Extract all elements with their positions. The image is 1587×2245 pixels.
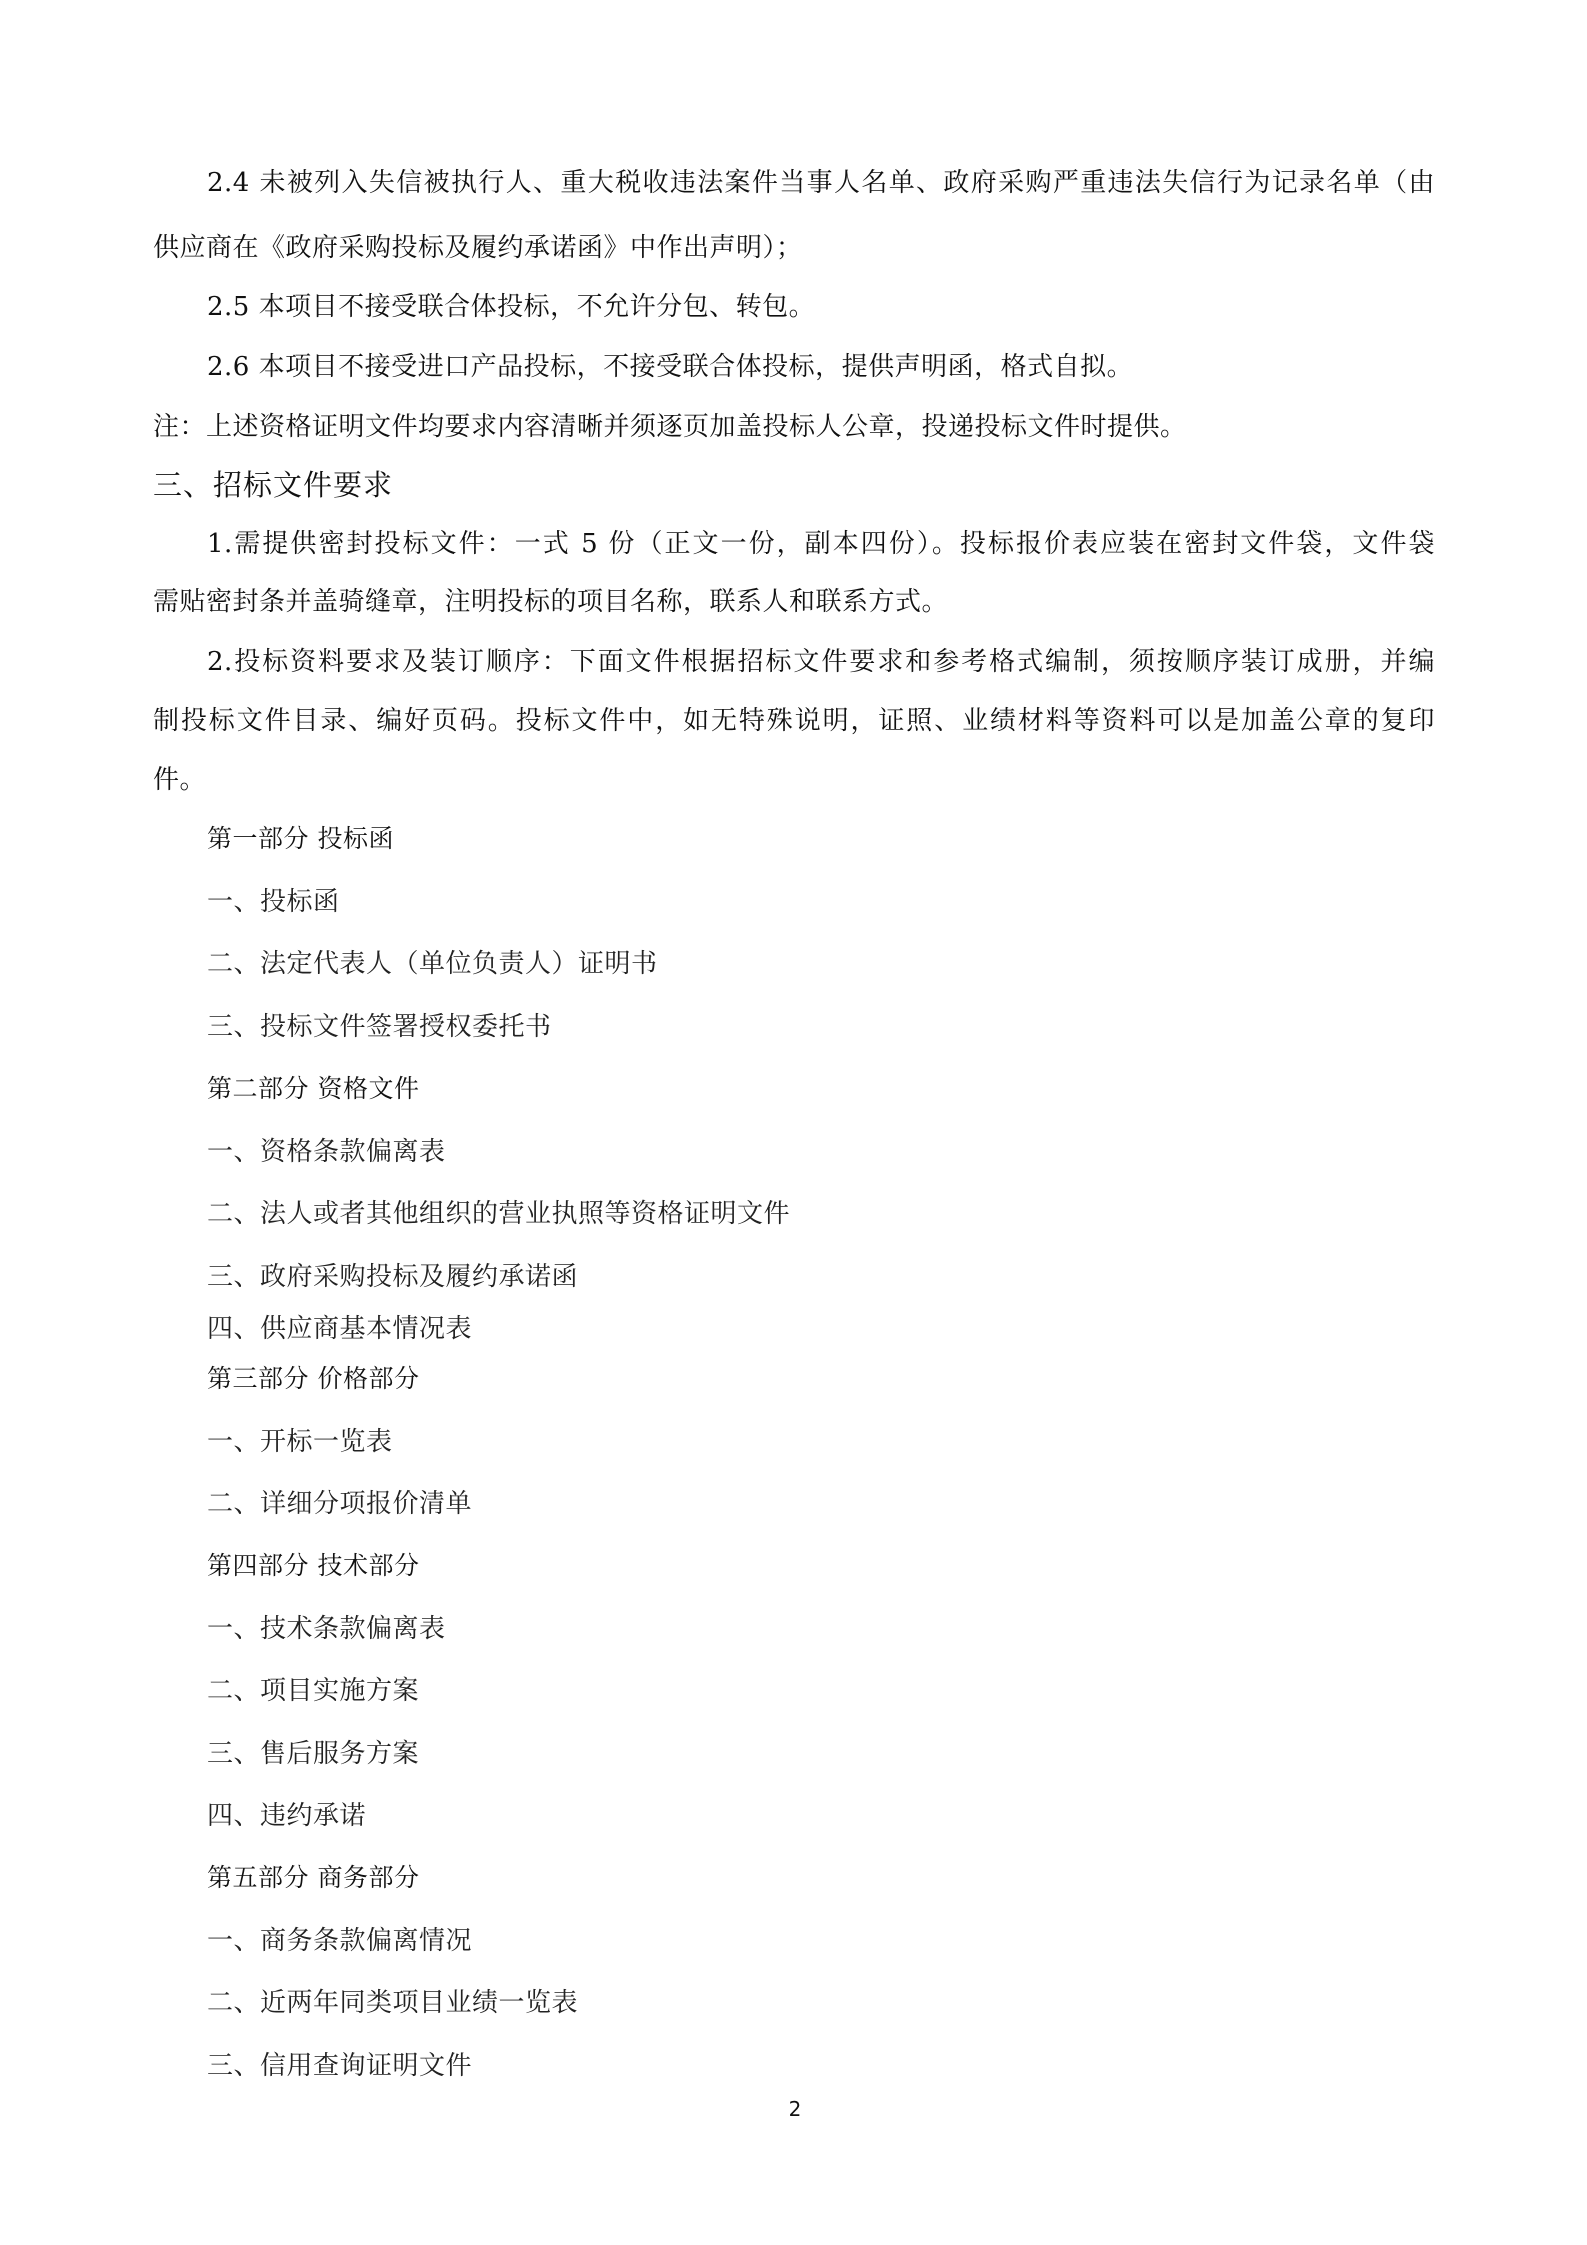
part-5-item-1: 一、商务条款偏离情况: [207, 1924, 472, 1958]
part-2-item-2: 二、法人或者其他组织的营业执照等资格证明文件: [207, 1197, 790, 1231]
part-2-title: 第二部分 资格文件: [207, 1072, 419, 1106]
part-5-item-3: 三、信用查询证明文件: [207, 2049, 472, 2083]
part-3-title: 第三部分 价格部分: [207, 1362, 419, 1396]
part-1-item-3: 三、投标文件签署授权委托书: [207, 1010, 552, 1044]
part-4-item-3: 三、售后服务方案: [207, 1737, 419, 1771]
part-3-item-2: 二、详细分项报价清单: [207, 1487, 472, 1521]
paragraph-2-4-line-2: 供应商在《政府采购投标及履约承诺函》中作出声明）；: [153, 231, 803, 265]
note-paragraph: 注：上述资格证明文件均要求内容清晰并须逐页加盖投标人公章，投递投标文件时提供。: [153, 410, 1187, 444]
part-5-item-2: 二、近两年同类项目业绩一览表: [207, 1986, 578, 2020]
requirement-2-line-3: 件。: [153, 763, 206, 797]
requirement-2-line-1: 2.投标资料要求及装订顺序：下面文件根据招标文件要求和参考格式编制，须按顺序装订…: [207, 645, 1435, 679]
part-3-item-1: 一、开标一览表: [207, 1425, 393, 1459]
part-4-title: 第四部分 技术部分: [207, 1549, 419, 1583]
part-4-item-4: 四、违约承诺: [207, 1799, 366, 1833]
part-4-item-2: 二、项目实施方案: [207, 1674, 419, 1708]
requirement-1-line-2: 需贴密封条并盖骑缝章，注明投标的项目名称，联系人和联系方式。: [153, 585, 948, 619]
part-4-item-1: 一、技术条款偏离表: [207, 1612, 446, 1646]
paragraph-2-4-line-1: 2.4 未被列入失信被执行人、重大税收违法案件当事人名单、政府采购严重违法失信行…: [207, 166, 1435, 200]
part-2-item-1: 一、资格条款偏离表: [207, 1135, 446, 1169]
section-heading: 三、招标文件要求: [153, 468, 393, 502]
part-2-item-3: 三、政府采购投标及履约承诺函: [207, 1260, 578, 1294]
requirement-2-line-2: 制投标文件目录、编好页码。投标文件中，如无特殊说明，证照、业绩材料等资料可以是加…: [153, 704, 1435, 738]
page-number: 2: [783, 2097, 807, 2121]
paragraph-2-6: 2.6 本项目不接受进口产品投标，不接受联合体投标，提供声明函，格式自拟。: [207, 350, 1133, 384]
part-1-item-2: 二、法定代表人（单位负责人）证明书: [207, 947, 658, 981]
part-5-title: 第五部分 商务部分: [207, 1861, 419, 1895]
part-1-item-1: 一、投标函: [207, 885, 340, 919]
part-2-item-4: 四、供应商基本情况表: [207, 1312, 472, 1346]
requirement-1-line-1: 1.需提供密封投标文件：一式 5 份（正文一份，副本四份）。投标报价表应装在密封…: [207, 527, 1435, 561]
paragraph-2-5: 2.5 本项目不接受联合体投标，不允许分包、转包。: [207, 290, 815, 324]
part-1-title: 第一部分 投标函: [207, 822, 394, 856]
